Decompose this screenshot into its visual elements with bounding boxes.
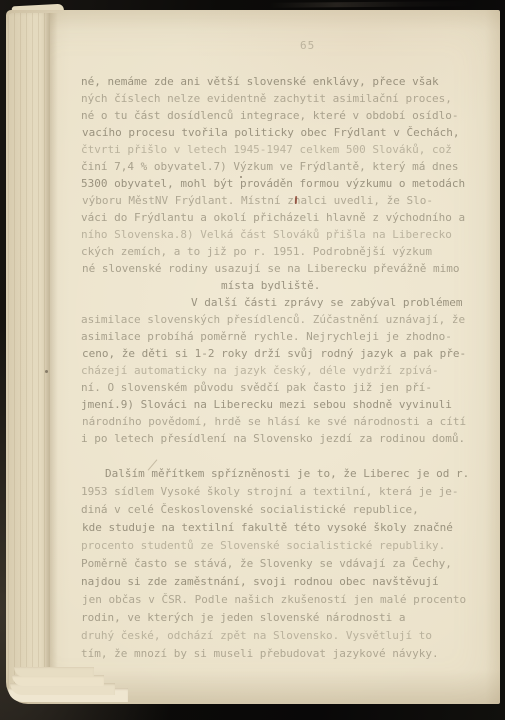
typed-line: cházejí automaticky na jazyk český, déle… — [81, 362, 469, 379]
typed-line: činí 7,4 % obyvatel.7) Výzkum ve Frýdlan… — [81, 158, 469, 175]
typed-line: váci do Frýdlantu a okolí přicházeli hla… — [81, 209, 469, 226]
typed-line: tím, že mnozí by si museli přebudovat ja… — [81, 645, 469, 663]
typed-line: i po letech přesídlení na Slovensko jezd… — [81, 430, 469, 447]
typed-line: jen občas v ČSR. Podle našich zkušeností… — [82, 591, 470, 609]
typed-line: procento studentů ze Slovenské socialist… — [81, 537, 469, 555]
typed-line: jmení.9) Slováci na Liberecku mezi sebou… — [81, 396, 469, 413]
scanned-page: 65 né, nemáme zde ani větší slovenské en… — [6, 10, 500, 704]
typed-line: diná v celé Československé socialistické… — [81, 501, 469, 519]
typed-line: najdou si zde zaměstnání, svoji rodnou o… — [81, 573, 469, 591]
typed-line: vacího procesu tvořila politicky obec Fr… — [82, 124, 470, 141]
typed-line: asimilace slovenských přesídlenců. Zúčas… — [81, 311, 469, 328]
typed-line: 1953 sídlem Vysoké školy strojní a texti… — [81, 483, 469, 501]
typed-line: asimilace probíhá poměrně rychle. Nejryc… — [81, 328, 469, 345]
typed-line: čtvrti přišlo v letech 1945-1947 celkem … — [81, 141, 469, 158]
faded-typewriter-text: 65 né, nemáme zde ani větší slovenské en… — [6, 10, 500, 704]
paragraph-block: né, nemáme zde ani větší slovenské enklá… — [81, 73, 469, 294]
typed-line: ního Slovenska.8) Velká část Slováků při… — [81, 226, 469, 243]
typed-line: výboru MěstNV Frýdlant. Místní znalci uv… — [82, 192, 470, 209]
typed-line: ných číslech nelze evidentně zachytit as… — [81, 90, 469, 107]
typed-line: né slovenské rodiny usazují se na Libere… — [82, 260, 470, 277]
fanned-sheet-layer — [14, 667, 94, 677]
book-page-edges — [8, 13, 50, 700]
paper-scratch — [148, 459, 158, 470]
typed-line: ceno, že děti si 1-2 roky drží svůj rodn… — [82, 345, 470, 362]
typed-line: Poměrně často se stává, že Slovenky se v… — [81, 555, 469, 573]
typed-line: ní. O slovenském původu svědčí pak často… — [81, 379, 469, 396]
typed-line: rodin, ve kterých je jeden slovenské nár… — [81, 609, 469, 627]
paragraph-block: Dalším měřítkem spřízněnosti je to, že L… — [81, 465, 469, 663]
page-edge-fold-shadow — [50, 13, 58, 694]
typed-line: né o tu část dosídlenců integrace, které… — [81, 107, 469, 124]
typed-line: Dalším měřítkem spřízněnosti je to, že L… — [81, 465, 469, 483]
typed-line: místa bydliště. — [81, 277, 469, 294]
typed-line: 5300 obyvatel, mohl být prováděn formou … — [81, 175, 469, 192]
paper-speck — [45, 370, 48, 373]
typed-line: né, nemáme zde ani větší slovenské enklá… — [81, 73, 469, 90]
typed-line: ckých zemích, a to již po r. 1951. Podro… — [81, 243, 469, 260]
typed-line: druhý české, odchází zpět na Slovensko. … — [81, 627, 469, 645]
typed-line: V další části zprávy se zabýval probléme… — [81, 294, 469, 311]
typed-line: národního povědomí, hrdě se hlásí ke své… — [82, 413, 470, 430]
typed-line: kde studuje na textilní fakultě této vys… — [82, 519, 470, 537]
red-ink-mark — [295, 196, 297, 204]
page-number: 65 — [300, 39, 315, 52]
paragraph-block: V další části zprávy se zabýval probléme… — [81, 294, 469, 447]
paper-speck — [240, 176, 242, 178]
